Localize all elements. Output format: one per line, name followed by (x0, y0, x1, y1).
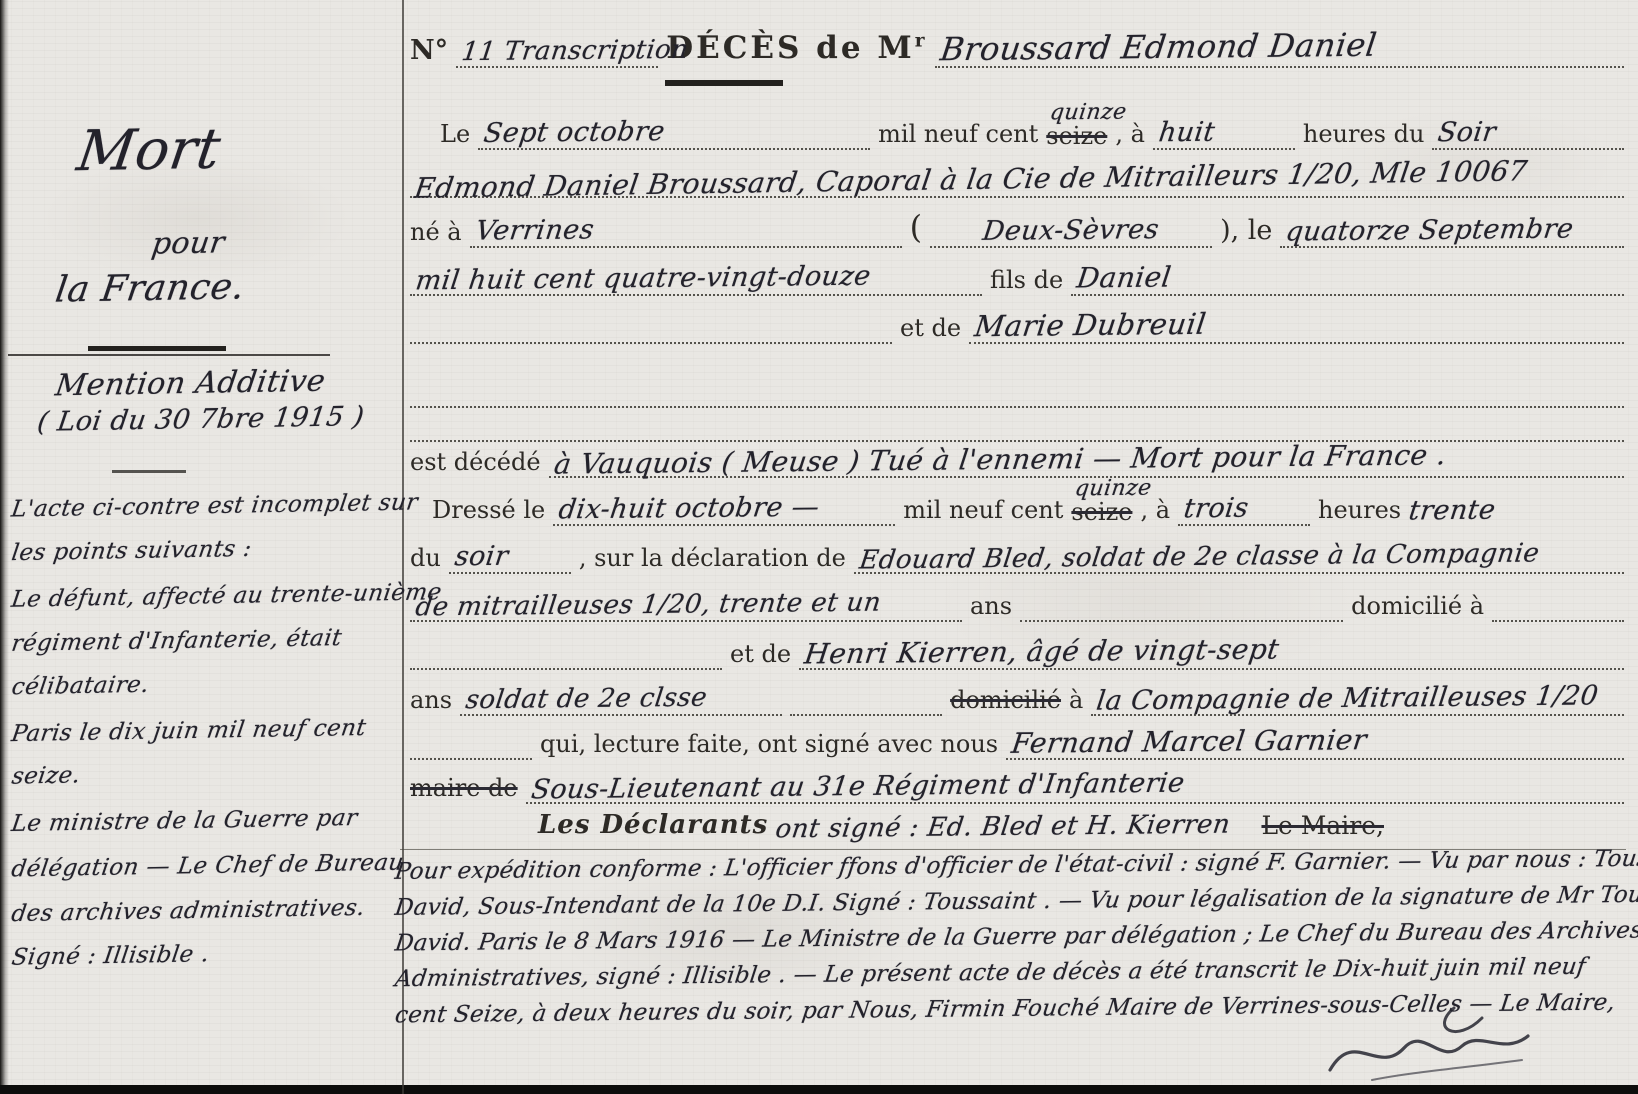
printed-est-decede: est décédé (410, 448, 541, 478)
deceased-identity: Edmond Daniel Broussard, Caporal à la Ci… (412, 154, 1529, 204)
death-details: à Vauquois ( Meuse ) Tué à l'ennemi — Mo… (552, 438, 1448, 480)
identity-fill: Edmond Daniel Broussard, Caporal à la Ci… (410, 163, 1624, 198)
margin-note-line: Paris le dix juin mil neuf cent (8, 706, 369, 757)
printed-ne-a: né à (410, 218, 462, 248)
year-inserted-2: quinze (1074, 476, 1154, 502)
printed-ans-2: ans (410, 686, 452, 716)
year-struck: seize (1046, 122, 1107, 152)
deceased-name-fill: Broussard Edmond Daniel (935, 28, 1624, 68)
addendum-line: David, Sous-Intendant de la 10e D.I. Sig… (396, 888, 1624, 922)
declarant1: Edouard Bled, soldat de 2e classe à la C… (857, 538, 1541, 575)
addendum-line: David. Paris le 8 Mars 1916 — Le Ministr… (396, 924, 1624, 958)
officiant-fill: Fernand Marcel Garnier (1006, 725, 1624, 760)
death-period: Soir (1436, 117, 1498, 149)
record-minutes: trente (1407, 495, 1498, 527)
printed-qui-lecture: qui, lecture faite, ont signé avec nous (540, 730, 998, 760)
margin-divider-short (112, 470, 186, 473)
mother-name: Marie Dubreuil (973, 307, 1209, 343)
declarant1-cont: de mitrailleuses 1/20, trente et un (414, 588, 883, 623)
addendum-line: Administratives, signé : Illisible . — L… (396, 960, 1624, 994)
margin-mention-law: ( Loi du 30 7bre 1915 ) (35, 401, 366, 438)
printed-le: Le (440, 120, 470, 150)
form-line-declarant2-rank: ans soldat de 2e clsse domicilié à la Co… (410, 672, 1624, 716)
printed-fils-de: fils de (990, 266, 1063, 296)
record-hour: trois (1182, 493, 1251, 525)
margin-mort: Mort (73, 117, 224, 184)
death-date: Sept octobre (482, 116, 667, 149)
death-certificate-page: Mort pour la France. Mention Additive ( … (0, 0, 1638, 1094)
declarant2-address-fill: la Compagnie de Mitrailleuses 1/20 (1091, 683, 1624, 716)
printed-et-de: et de (900, 314, 961, 344)
addendum-text: Administratives, signé : Illisible . — L… (393, 954, 1587, 992)
death-period-fill: Soir (1432, 117, 1624, 150)
death-details-fill: à Vauquois ( Meuse ) Tué à l'ennemi — Mo… (549, 443, 1624, 478)
form-line-declarant1-cont: de mitrailleuses 1/20, trente et un ans … (410, 578, 1624, 622)
form-line-declaration: du soir , sur la déclaration de Edouard … (410, 530, 1624, 574)
death-hour: huit (1157, 117, 1217, 149)
margin-note-line: les points suivants : (9, 527, 255, 576)
header-divider (665, 80, 783, 86)
record-period: soir (453, 541, 510, 573)
printed-paren-open: ( (910, 208, 922, 248)
margin-mention-title: Mention Additive (53, 364, 327, 404)
addendum-text: David, Sous-Intendant de la 10e D.I. Sig… (393, 881, 1638, 921)
numero-fill: 11 Transcription (456, 36, 658, 68)
declarants-signed: ont signé : Ed. Bled et H. Kierren (774, 810, 1232, 845)
addendum-line: Pour expédition conforme : L'officier ff… (396, 852, 1624, 886)
father-name: Daniel (1075, 261, 1173, 295)
form-line-declarant2: et de Henri Kierren, âgé de vingt-sept (410, 626, 1624, 670)
birthplace: Verrines (474, 214, 596, 246)
form-line-death-date: Le Sept octobre mil neuf cent quinze sei… (410, 106, 1624, 150)
margin-note-line: Le ministre de la Guerre par (8, 796, 360, 847)
printed-a-3: à (1069, 686, 1083, 716)
deces-title: DÉCÈS de Mr (666, 30, 927, 68)
blank-fill (410, 668, 722, 670)
deces-superscript: r (915, 31, 928, 52)
printed-sur-declaration: , sur la déclaration de (579, 544, 846, 574)
margin-note-line: délégation — Le Chef de Bureau (8, 841, 407, 893)
father-fill: Daniel (1071, 261, 1624, 296)
record-period-fill: soir (449, 541, 571, 574)
form-line-officiant-title: maire de Sous-Lieutenant au 31e Régiment… (410, 760, 1624, 804)
declarant2-address: la Compagnie de Mitrailleuses 1/20 (1095, 680, 1601, 716)
birth-year-fill: mil huit cent quatre-vingt-douze (410, 263, 982, 296)
officiant-name: Fernand Marcel Garnier (1010, 723, 1369, 760)
printed-dresse-le: Dressé le (432, 496, 545, 526)
declarant1-cont-fill: de mitrailleuses 1/20, trente et un (410, 590, 962, 622)
department: Deux-Sèvres (981, 214, 1161, 247)
declarant1-fill: Edouard Bled, soldat de 2e classe à la C… (854, 542, 1624, 574)
mother-fill: Marie Dubreuil (969, 308, 1624, 344)
year-inserted: quinze (1049, 100, 1129, 126)
record-date-fill: dix-huit octobre — (553, 493, 895, 526)
deceased-name: Broussard Edmond Daniel (939, 26, 1380, 69)
printed-paren-close: ), le (1220, 215, 1272, 248)
margin-note-line: régiment d'Infanterie, était (8, 616, 344, 667)
form-line-birthplace: né à Verrines ( Deux-Sèvres ), le quator… (410, 204, 1624, 248)
birthplace-fill: Verrines (470, 215, 902, 248)
declarant2-fill: Henri Kierren, âgé de vingt-sept (799, 635, 1624, 670)
printed-et-de-2: et de (730, 640, 791, 670)
printed-les-declarants: Les Déclarants (538, 810, 768, 842)
scan-edge-left (0, 0, 9, 1094)
margin-la-france: la France. (53, 266, 247, 310)
death-hour-fill: huit (1153, 117, 1295, 150)
blank-fill (1492, 620, 1624, 622)
margin-divider-thin (8, 354, 330, 356)
margin-note-line: L'acte ci-contre est incomplet sur (8, 480, 421, 532)
printed-heures-du: heures du (1303, 120, 1425, 150)
department-fill: Deux-Sèvres (930, 215, 1212, 248)
birth-year: mil huit cent quatre-vingt-douze (414, 261, 873, 297)
margin-note-line: Signé : Illisible . (9, 932, 213, 980)
form-line-lecture: qui, lecture faite, ont signé avec nous … (410, 716, 1624, 760)
header-row: N° 11 Transcription DÉCÈS de Mr Broussar… (410, 20, 1624, 68)
margin-pour: pour (149, 225, 227, 261)
mother-lead-fill (410, 342, 892, 344)
year-correction-2: quinze seize (1071, 498, 1132, 526)
mayor-signature-flourish (1312, 1002, 1542, 1084)
deces-label: DÉCÈS de M (666, 30, 915, 66)
declarant2-rank: soldat de 2e clsse (464, 683, 709, 716)
declarant2: Henri Kierren, âgé de vingt-sept (803, 633, 1282, 671)
scan-edge-bottom (0, 1085, 1638, 1094)
birthdate: quatorze Septembre (1284, 213, 1576, 247)
form-line-death-place: est décédé à Vauquois ( Meuse ) Tué à l'… (410, 434, 1624, 478)
printed-le-maire-struck: Le Maire, (1261, 811, 1384, 842)
record-hour-fill: trois (1178, 493, 1310, 526)
margin-note-line: célibataire. (9, 663, 152, 710)
form-line-signatures: Les Déclarants ont signé : Ed. Bled et H… (410, 800, 1624, 842)
printed-mil-neuf-cent-2: mil neuf cent (903, 496, 1063, 526)
numero-label: N° (410, 35, 448, 68)
printed-domicilie-struck: domicilié (950, 686, 1061, 716)
margin-divider-thick (88, 346, 226, 351)
declarant2-rank-fill: soldat de 2e clsse (460, 684, 782, 716)
margin-note-line: seize. (9, 753, 84, 799)
printed-heures: heures (1318, 496, 1401, 526)
printed-du: du (410, 544, 441, 574)
numero-value: 11 Transcription (460, 35, 690, 67)
birthdate-fill: quatorze Septembre (1280, 215, 1624, 248)
form-line-dresse: Dressé le dix-huit octobre — mil neuf ce… (410, 482, 1624, 526)
margin-note: L'acte ci-contre est incomplet sur les p… (12, 484, 404, 979)
blank-fill (1020, 620, 1343, 622)
record-date: dix-huit octobre — (557, 492, 821, 526)
addendum-text: Pour expédition conforme : L'officier ff… (393, 845, 1638, 885)
form-line-mother: et de Marie Dubreuil (410, 300, 1624, 344)
year-struck-2: seize (1071, 498, 1132, 528)
form-line-birth-year: mil huit cent quatre-vingt-douze fils de… (410, 252, 1624, 296)
margin-note-line: des archives administratives. (8, 886, 368, 937)
margin-note-line: Le défunt, affecté au trente-unième (8, 570, 445, 622)
printed-ans: ans (970, 592, 1012, 622)
printed-domicilie-a: domicilié à (1351, 592, 1484, 622)
death-date-fill: Sept octobre (478, 117, 870, 150)
addendum-text: David. Paris le 8 Mars 1916 — Le Ministr… (393, 917, 1638, 956)
printed-mil-neuf-cent: mil neuf cent (878, 120, 1038, 150)
year-correction: quinze seize (1046, 122, 1107, 150)
form-line-identity: Edmond Daniel Broussard, Caporal à la Ci… (410, 154, 1624, 198)
